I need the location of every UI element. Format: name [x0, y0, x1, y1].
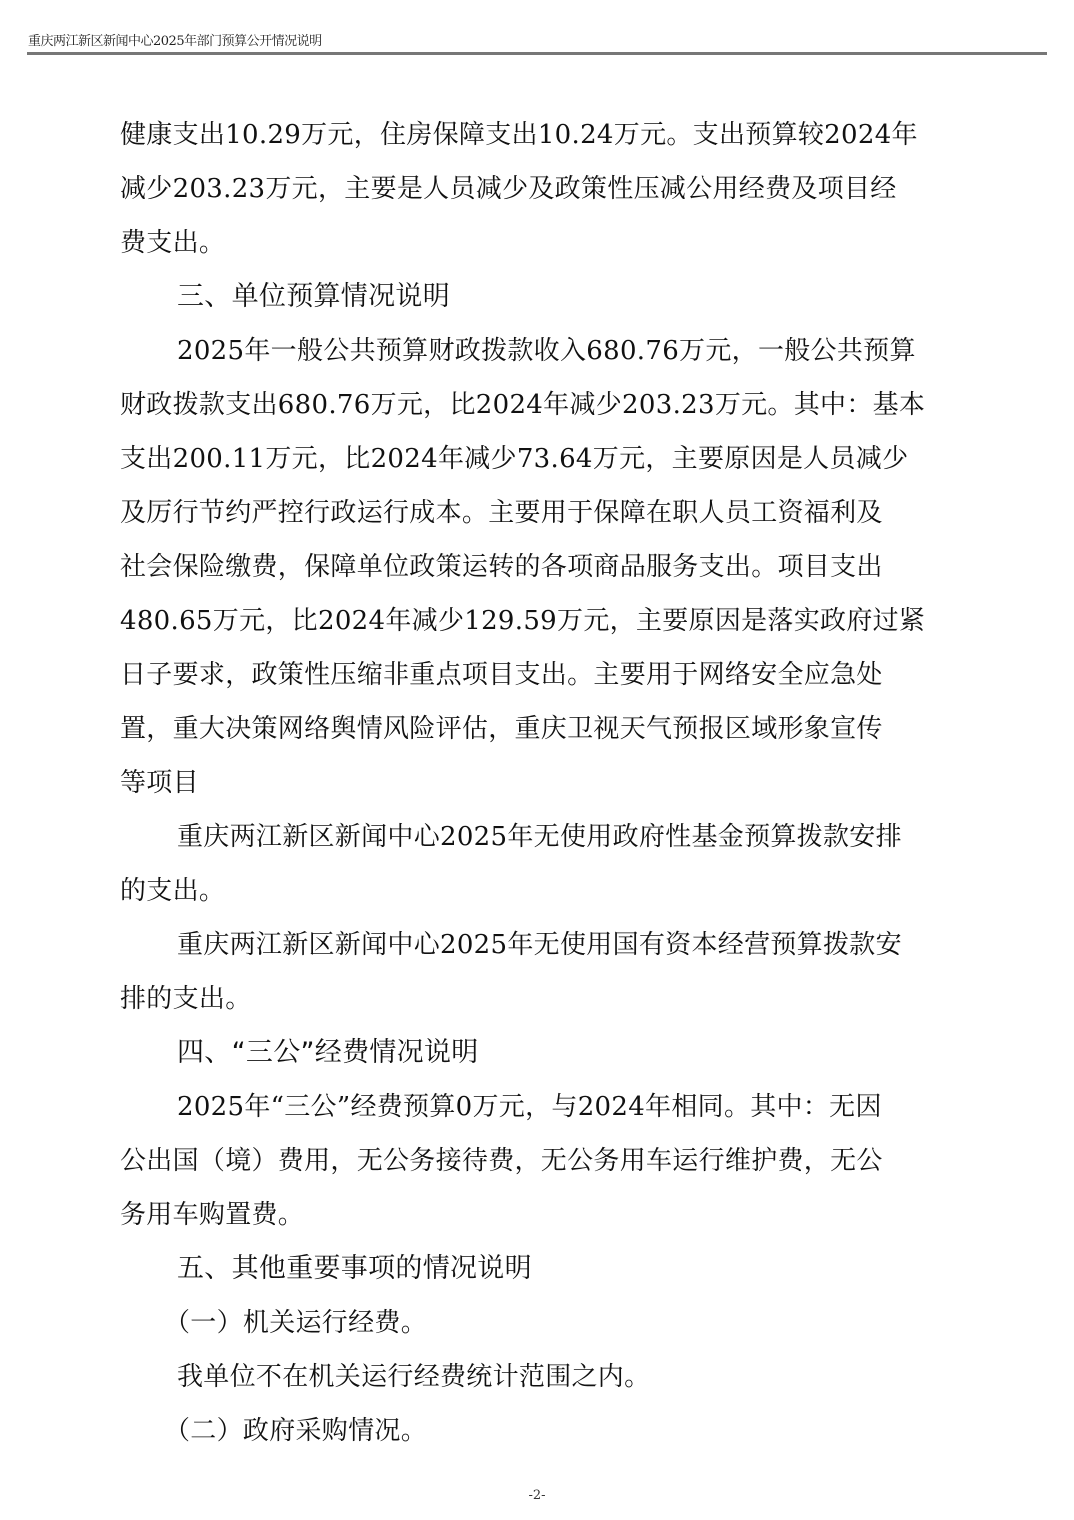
body-line: 2025年“三公”经费预算0万元，与2024年相同。其中：无因 [120, 1080, 960, 1134]
body-line: 置，重大决策网络舆情风险评估，重庆卫视天气预报区域形象宣传 [120, 702, 960, 756]
body-line: 480.65万元，比2024年减少129.59万元，主要原因是落实政府过紧 [120, 594, 960, 648]
body-line: 重庆两江新区新闻中心2025年无使用国有资本经营预算拨款安 [120, 918, 960, 972]
body-line: 等项目 [120, 756, 960, 810]
body-line: 我单位不在机关运行经费统计范围之内。 [120, 1350, 960, 1404]
body-line: 2025年一般公共预算财政拨款收入680.76万元，一般公共预算 [120, 324, 960, 378]
section-heading-5: 五、其他重要事项的情况说明 [120, 1242, 960, 1296]
body-line: 及厉行节约严控行政运行成本。主要用于保障在职人员工资福利及 [120, 486, 960, 540]
document-body: 健康支出10.29万元，住房保障支出10.24万元。支出预算较2024年 减少2… [120, 108, 960, 1458]
page-number: -2- [0, 1488, 1074, 1503]
body-line: 社会保险缴费，保障单位政策运转的各项商品服务支出。项目支出 [120, 540, 960, 594]
body-line: 健康支出10.29万元，住房保障支出10.24万元。支出预算较2024年 [120, 108, 960, 162]
body-line: 财政拨款支出680.76万元，比2024年减少203.23万元。其中：基本 [120, 378, 960, 432]
body-line: 排的支出。 [120, 972, 960, 1026]
subsection-heading-2: （二）政府采购情况。 [120, 1404, 960, 1458]
running-header: 重庆两江新区新闻中心2025年部门预算公开情况说明 [28, 30, 322, 49]
body-line: 的支出。 [120, 864, 960, 918]
subsection-heading-1: （一）机关运行经费。 [120, 1296, 960, 1350]
body-line: 日子要求，政策性压缩非重点项目支出。主要用于网络安全应急处 [120, 648, 960, 702]
body-line: 公出国（境）费用，无公务接待费，无公务用车运行维护费，无公 [120, 1134, 960, 1188]
header-divider [27, 52, 1047, 55]
body-line: 费支出。 [120, 216, 960, 270]
body-line: 减少203.23万元，主要是人员减少及政策性压减公用经费及项目经 [120, 162, 960, 216]
body-line: 务用车购置费。 [120, 1188, 960, 1242]
section-heading-3: 三、单位预算情况说明 [120, 270, 960, 324]
body-line: 重庆两江新区新闻中心2025年无使用政府性基金预算拨款安排 [120, 810, 960, 864]
body-line: 支出200.11万元，比2024年减少73.64万元，主要原因是人员减少 [120, 432, 960, 486]
section-heading-4: 四、“三公”经费情况说明 [120, 1026, 960, 1080]
